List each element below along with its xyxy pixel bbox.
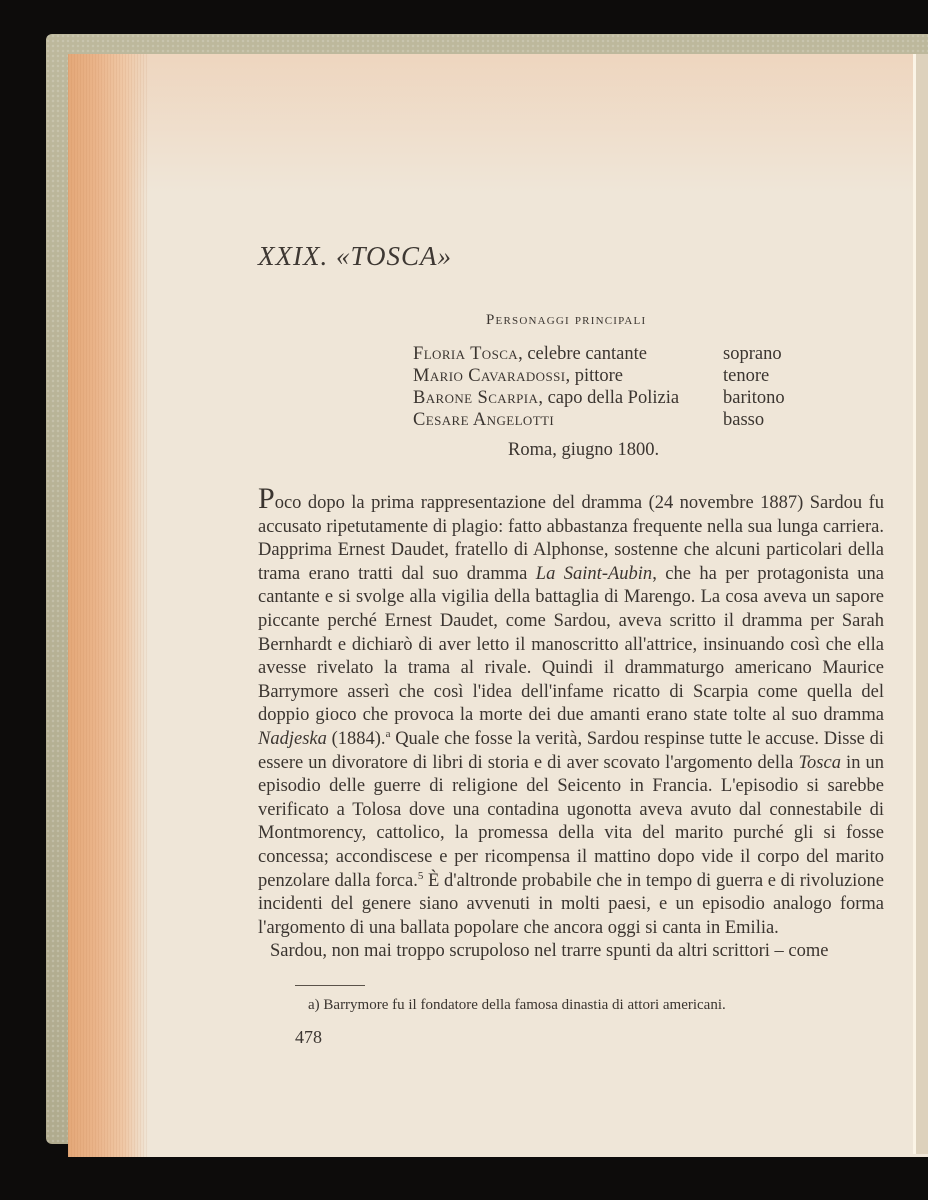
cast-row: Mario Cavaradossi, pittore tenore: [413, 365, 793, 387]
cast-list: Floria Tosca, celebre cantante soprano M…: [413, 343, 793, 431]
paragraph: Poco dopo la prima rappresentazione del …: [258, 490, 884, 940]
text-run: (1884).: [327, 729, 386, 749]
character-name: Barone Scarpia: [413, 388, 538, 408]
voice-type: tenore: [723, 365, 793, 387]
character-name: Floria Tosca: [413, 344, 518, 364]
facing-page-strip: [916, 54, 928, 1154]
character-role: , celebre cantante: [518, 344, 647, 364]
page-top-tint: [68, 54, 928, 194]
cast-entry: Barone Scarpia, capo della Polizia: [413, 387, 679, 409]
voice-type: basso: [723, 409, 793, 431]
cast-entry: Floria Tosca, celebre cantante: [413, 343, 647, 365]
character-name: Cesare Angelotti: [413, 410, 554, 430]
footnote-divider: [295, 985, 365, 986]
cast-heading: Personaggi principali: [486, 312, 646, 329]
background-shadow: [46, 1157, 928, 1200]
character-role: , pittore: [565, 366, 623, 386]
page-edge-stack: [68, 54, 148, 1159]
cast-entry: Mario Cavaradossi, pittore: [413, 365, 623, 387]
cast-row: Floria Tosca, celebre cantante soprano: [413, 343, 793, 365]
page-number: 478: [295, 1027, 322, 1048]
setting-line: Roma, giugno 1800.: [508, 440, 659, 461]
cast-row: Barone Scarpia, capo della Polizia barit…: [413, 387, 793, 409]
body-text: Poco dopo la prima rappresentazione del …: [258, 490, 884, 964]
italic-title: La Saint-Aubin: [536, 564, 652, 584]
voice-type: soprano: [723, 343, 793, 365]
chapter-title: XXIX. «TOSCA»: [258, 241, 452, 272]
text-run: , che ha per protagonista una cantante e…: [258, 564, 884, 726]
cast-entry: Cesare Angelotti: [413, 409, 554, 431]
italic-title: Nadjeska: [258, 729, 327, 749]
voice-type: baritono: [723, 387, 793, 409]
character-name: Mario Cavaradossi: [413, 366, 565, 386]
initial-letter: P: [258, 482, 275, 515]
footnote: a) Barrymore fu il fondatore della famos…: [308, 997, 726, 1014]
text-run: Sardou, non mai troppo scrupoloso nel tr…: [270, 941, 828, 961]
paragraph: Sardou, non mai troppo scrupoloso nel tr…: [258, 940, 884, 964]
character-role: , capo della Polizia: [538, 388, 679, 408]
cast-row: Cesare Angelotti basso: [413, 409, 793, 431]
italic-title: Tosca: [798, 753, 841, 773]
